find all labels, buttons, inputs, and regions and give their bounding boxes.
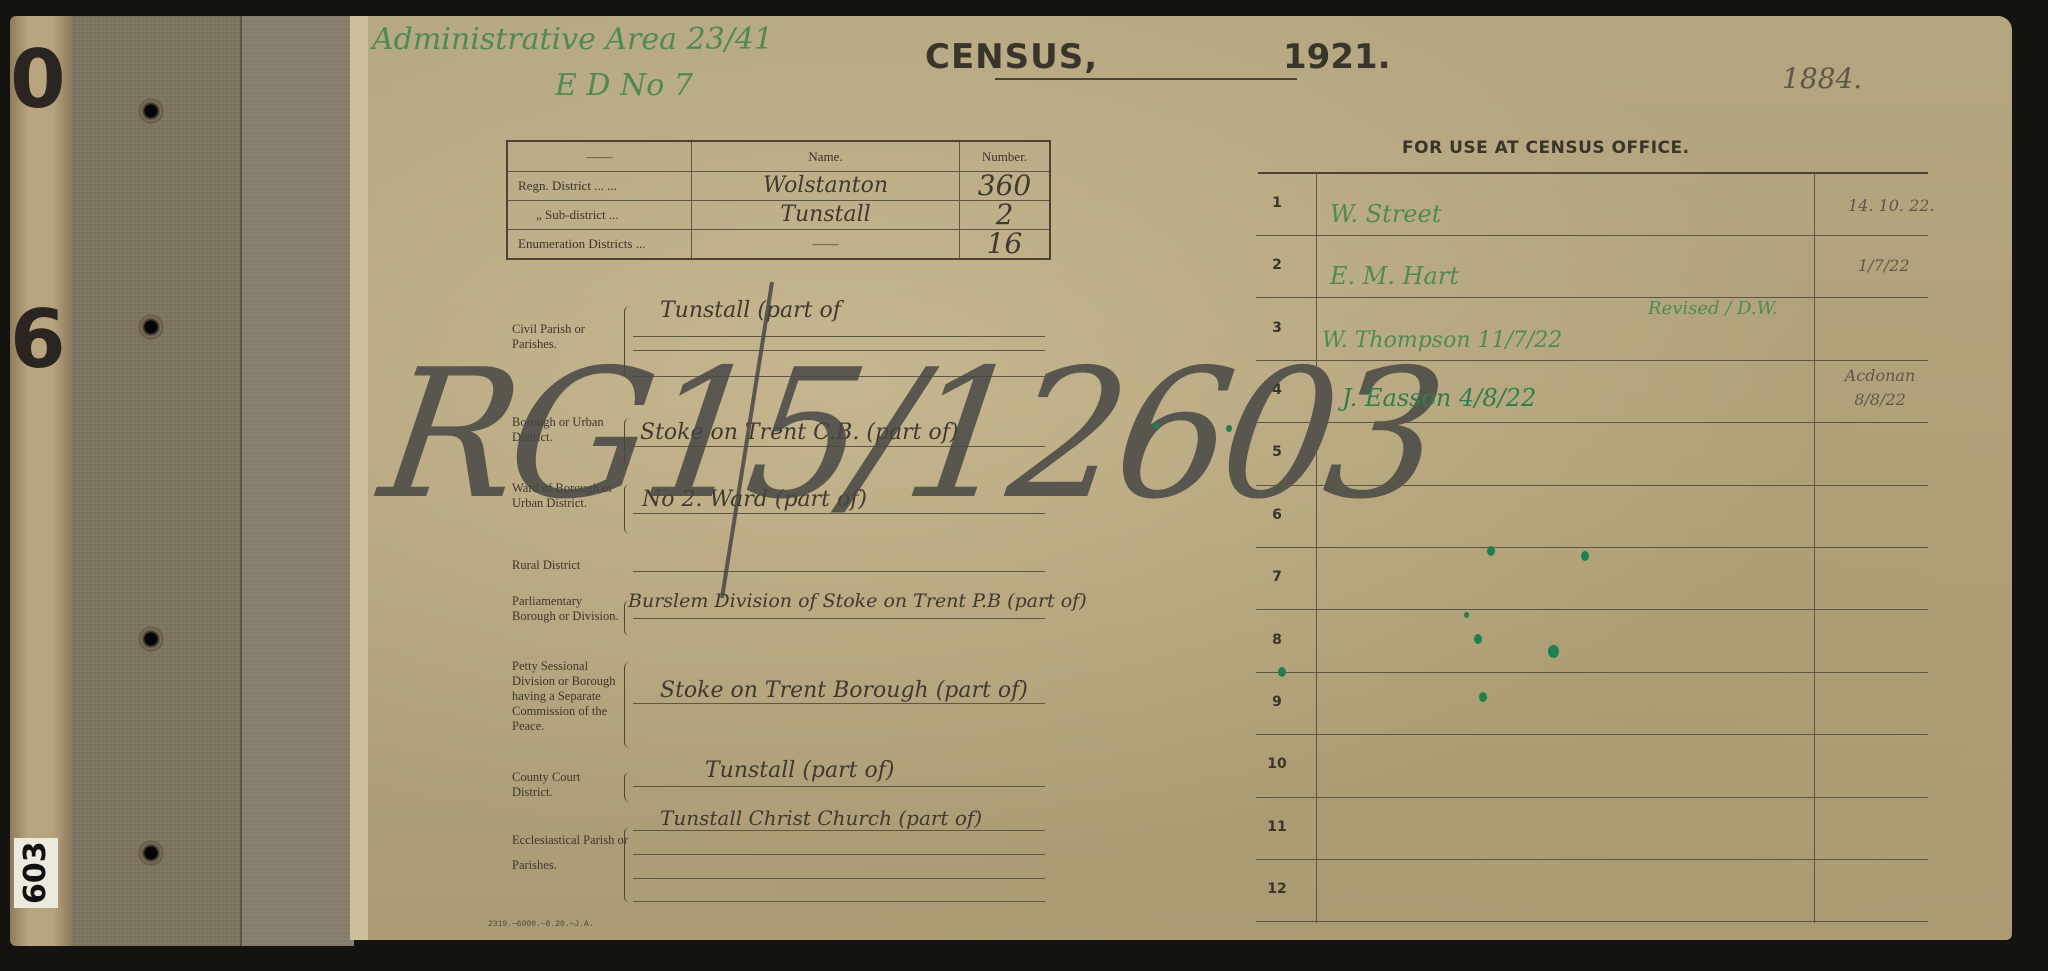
row-divider bbox=[1256, 672, 1928, 673]
binding-hole-icon bbox=[138, 98, 164, 124]
district-name: —— bbox=[692, 229, 960, 258]
ink-spot bbox=[1474, 634, 1482, 644]
row-number: 11 bbox=[1262, 819, 1292, 835]
pencil-number: 1884. bbox=[1782, 62, 1862, 95]
column-header-name: Name. bbox=[692, 142, 960, 171]
row-number: 5 bbox=[1262, 444, 1292, 460]
spine-label: 603 bbox=[14, 838, 58, 908]
row-divider bbox=[1256, 297, 1928, 298]
column-divider bbox=[1316, 173, 1317, 923]
cloth-cover bbox=[72, 16, 240, 946]
office-entry: W. Thompson 11/7/22 bbox=[1322, 328, 1562, 353]
value-ward: No 2. Ward (part of) bbox=[642, 487, 867, 512]
print-code: 2319.—6000.—8.20.—J.A. bbox=[488, 920, 594, 929]
row-number: 7 bbox=[1262, 569, 1292, 585]
label-civil-parish: Civil Parish or Parishes. bbox=[512, 322, 622, 352]
table-row: Regn. District ... ... Wolstanton 360 bbox=[508, 171, 1049, 201]
office-date: 1/7/22 bbox=[1858, 256, 1910, 275]
row-divider bbox=[1256, 235, 1928, 236]
binding-hole-icon bbox=[138, 314, 164, 340]
cloth-hinge bbox=[240, 16, 354, 946]
ed-number-note: E D No 7 bbox=[555, 68, 693, 103]
label-county-court-district: County Court District. bbox=[512, 770, 622, 800]
column-divider bbox=[1814, 173, 1815, 923]
label-borough-urban-district: Borough or Urban District. bbox=[512, 415, 622, 445]
value-parliamentary-borough: Burslem Division of Stoke on Trent P.B (… bbox=[628, 590, 1087, 612]
label-parliamentary-borough: Parliamentary Borough or Division. bbox=[512, 594, 622, 624]
district-number: 2 bbox=[960, 200, 1049, 229]
fill-line bbox=[633, 618, 1045, 619]
row-divider bbox=[1256, 859, 1928, 860]
fill-line bbox=[633, 376, 1045, 377]
column-header-number: Number. bbox=[960, 142, 1049, 171]
ink-spot bbox=[1479, 692, 1487, 702]
row-divider bbox=[1256, 797, 1928, 798]
row-number: 4 bbox=[1262, 382, 1292, 398]
office-note-revised: Revised / D.W. bbox=[1648, 298, 1778, 319]
office-entry: W. Street bbox=[1330, 200, 1441, 228]
value-petty-sessional-division: Stoke on Trent Borough (part of) bbox=[660, 678, 1028, 703]
fill-line bbox=[633, 446, 1045, 447]
row-number: 1 bbox=[1262, 195, 1292, 211]
fill-line bbox=[633, 878, 1045, 879]
row-divider bbox=[1256, 485, 1928, 486]
fill-line bbox=[633, 901, 1045, 902]
row-number: 2 bbox=[1262, 257, 1292, 273]
fill-line bbox=[633, 703, 1045, 704]
district-name: Tunstall bbox=[692, 200, 960, 229]
brace bbox=[624, 662, 633, 748]
spine-number-top: 0 bbox=[10, 40, 60, 120]
fill-line bbox=[633, 571, 1045, 572]
census-year: 1921. bbox=[1283, 37, 1391, 77]
value-ecclesiastical-parish: Tunstall Christ Church (part of) bbox=[660, 806, 982, 830]
book-spine bbox=[10, 16, 72, 946]
table-row: Enumeration Districts ... —— 16 bbox=[508, 229, 1049, 258]
row-divider bbox=[1256, 422, 1928, 423]
value-borough-urban-district: Stoke on Trent C.B. (part of) bbox=[640, 420, 958, 445]
district-number: 16 bbox=[960, 229, 1049, 258]
office-entry: E. M. Hart bbox=[1330, 262, 1459, 290]
fill-line bbox=[633, 336, 1045, 337]
ink-spot bbox=[1464, 612, 1469, 618]
ink-spot bbox=[1153, 422, 1159, 429]
row-number: 3 bbox=[1262, 320, 1292, 336]
spine-number-middle: 6 bbox=[10, 300, 60, 380]
admin-area-note: Administrative Area 23/41 bbox=[372, 22, 773, 57]
brace bbox=[624, 484, 633, 534]
label-ward: Ward of Borough or Urban District. bbox=[512, 481, 622, 511]
office-entry: J. Easson 4/8/22 bbox=[1342, 384, 1536, 412]
office-date: 14. 10. 22. bbox=[1848, 196, 1935, 215]
label-petty-sessional-division: Petty Sessional Division or Borough havi… bbox=[512, 659, 622, 734]
page-edge bbox=[350, 16, 368, 940]
binding-hole-icon bbox=[138, 626, 164, 652]
row-number: 9 bbox=[1262, 694, 1292, 710]
row-label: Enumeration Districts ... bbox=[508, 229, 692, 258]
office-table-top-rule bbox=[1258, 172, 1928, 174]
district-table: —— Name. Number. Regn. District ... ... … bbox=[506, 140, 1051, 260]
ink-spot bbox=[1226, 425, 1232, 432]
table-row: „ Sub-district ... Tunstall 2 bbox=[508, 200, 1049, 230]
table-header-row: —— Name. Number. bbox=[508, 142, 1049, 172]
row-divider bbox=[1256, 734, 1928, 735]
row-number: 6 bbox=[1262, 507, 1292, 523]
binding-hole-icon bbox=[138, 840, 164, 866]
row-divider bbox=[1256, 921, 1928, 922]
ink-spot bbox=[1581, 551, 1589, 561]
row-number: 12 bbox=[1262, 881, 1292, 897]
value-county-court-district: Tunstall (part of) bbox=[705, 758, 894, 783]
row-divider bbox=[1256, 547, 1928, 548]
office-table-heading: FOR USE AT CENSUS OFFICE. bbox=[1402, 138, 1690, 158]
fill-line bbox=[633, 513, 1045, 514]
brace bbox=[624, 772, 633, 802]
brace bbox=[624, 306, 633, 378]
brace bbox=[624, 418, 633, 466]
district-name: Wolstanton bbox=[692, 171, 960, 200]
ink-spot bbox=[1278, 667, 1286, 677]
row-label: „ Sub-district ... bbox=[508, 200, 692, 229]
ink-spot bbox=[1548, 645, 1559, 658]
row-divider bbox=[1256, 609, 1928, 610]
row-label: Regn. District ... ... bbox=[508, 171, 692, 200]
value-civil-parish: Tunstall (part of bbox=[660, 298, 841, 323]
title-underline bbox=[995, 78, 1297, 80]
row-number: 10 bbox=[1262, 756, 1292, 772]
column-header-blank: —— bbox=[508, 142, 692, 171]
row-divider bbox=[1256, 360, 1928, 361]
office-date: Acdonan 8/8/22 bbox=[1830, 364, 1930, 412]
fill-line bbox=[633, 786, 1045, 787]
district-number: 360 bbox=[960, 171, 1049, 200]
fill-line bbox=[633, 854, 1045, 855]
fill-line bbox=[633, 830, 1045, 831]
label-ecclesiastical-parish: Ecclesiastical Parish or Parishes. bbox=[512, 828, 632, 878]
fill-line bbox=[633, 350, 1045, 351]
row-number: 8 bbox=[1262, 632, 1292, 648]
page-title: CENSUS, bbox=[925, 37, 1098, 77]
ink-spot bbox=[1487, 546, 1495, 556]
label-rural-district: Rural District bbox=[512, 558, 632, 573]
brace bbox=[624, 827, 633, 903]
